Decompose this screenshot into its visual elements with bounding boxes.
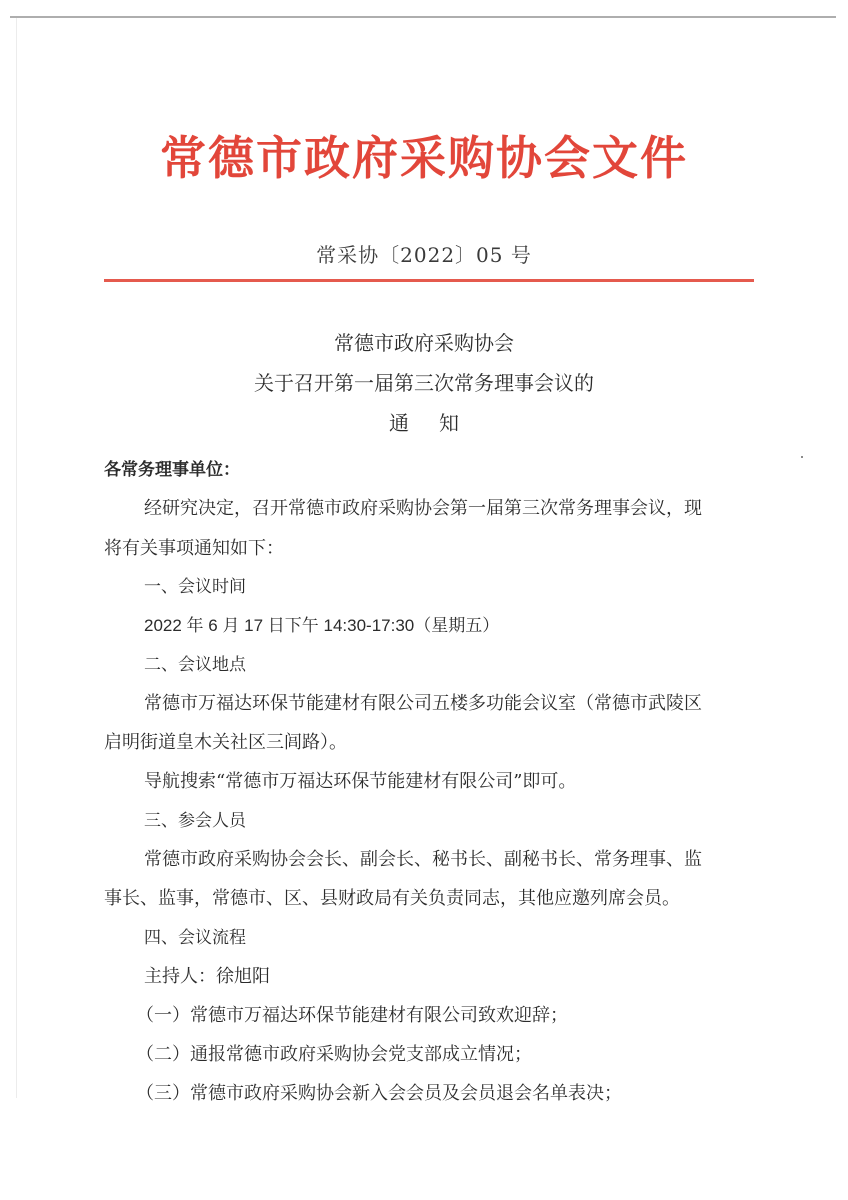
scan-top-edge: [10, 16, 836, 18]
intro-paragraph-line2: 将有关事项通知如下：: [104, 535, 764, 563]
meeting-time: 2022 年 6 月 17 日下午 14:30-17:30（星期五）: [144, 612, 804, 640]
scan-speck: [801, 456, 803, 458]
section-heading-time: 一、会议时间: [144, 573, 804, 601]
navigation-hint: 导航搜索“常德市万福达环保节能建材有限公司”即可。: [144, 768, 804, 796]
agenda-host: 主持人：徐旭阳: [144, 963, 804, 991]
agenda-item-1: （一）常德市万福达环保节能建材有限公司致欢迎辞；: [136, 1002, 796, 1030]
attendees-line2: 事长、监事，常德市、区、县财政局有关负责同志，其他应邀列席会员。: [104, 885, 764, 913]
location-line1: 常德市万福达环保节能建材有限公司五楼多功能会议室（常德市武陵区: [144, 690, 764, 718]
intro-paragraph-line1: 经研究决定，召开常德市政府采购协会第一届第三次常务理事会议，现: [144, 495, 764, 523]
agenda-item-3: （三）常德市政府采购协会新入会会员及会员退会名单表决；: [136, 1080, 796, 1108]
attendees-line1: 常德市政府采购协会会长、副会长、秘书长、副秘书长、常务理事、监: [144, 846, 764, 874]
agenda-item-2: （二）通报常德市政府采购协会党支部成立情况；: [136, 1041, 796, 1069]
section-heading-agenda: 四、会议流程: [144, 924, 804, 952]
red-divider-rule: [104, 279, 754, 282]
document-header-title: 常德市政府采购协会文件: [0, 128, 848, 188]
salutation: 各常务理事单位：: [104, 456, 764, 484]
section-heading-location: 二、会议地点: [144, 651, 804, 679]
section-heading-attendees: 三、参会人员: [144, 807, 804, 835]
notice-title-line1: 常德市政府采购协会: [0, 328, 848, 358]
notice-title-line2: 关于召开第一届第三次常务理事会议的: [0, 368, 848, 398]
notice-title-line3: 通知: [0, 408, 848, 438]
document-number: 常采协〔2022〕05 号: [0, 240, 848, 270]
location-line2: 启明街道皇木关社区三闾路）。: [104, 729, 764, 757]
